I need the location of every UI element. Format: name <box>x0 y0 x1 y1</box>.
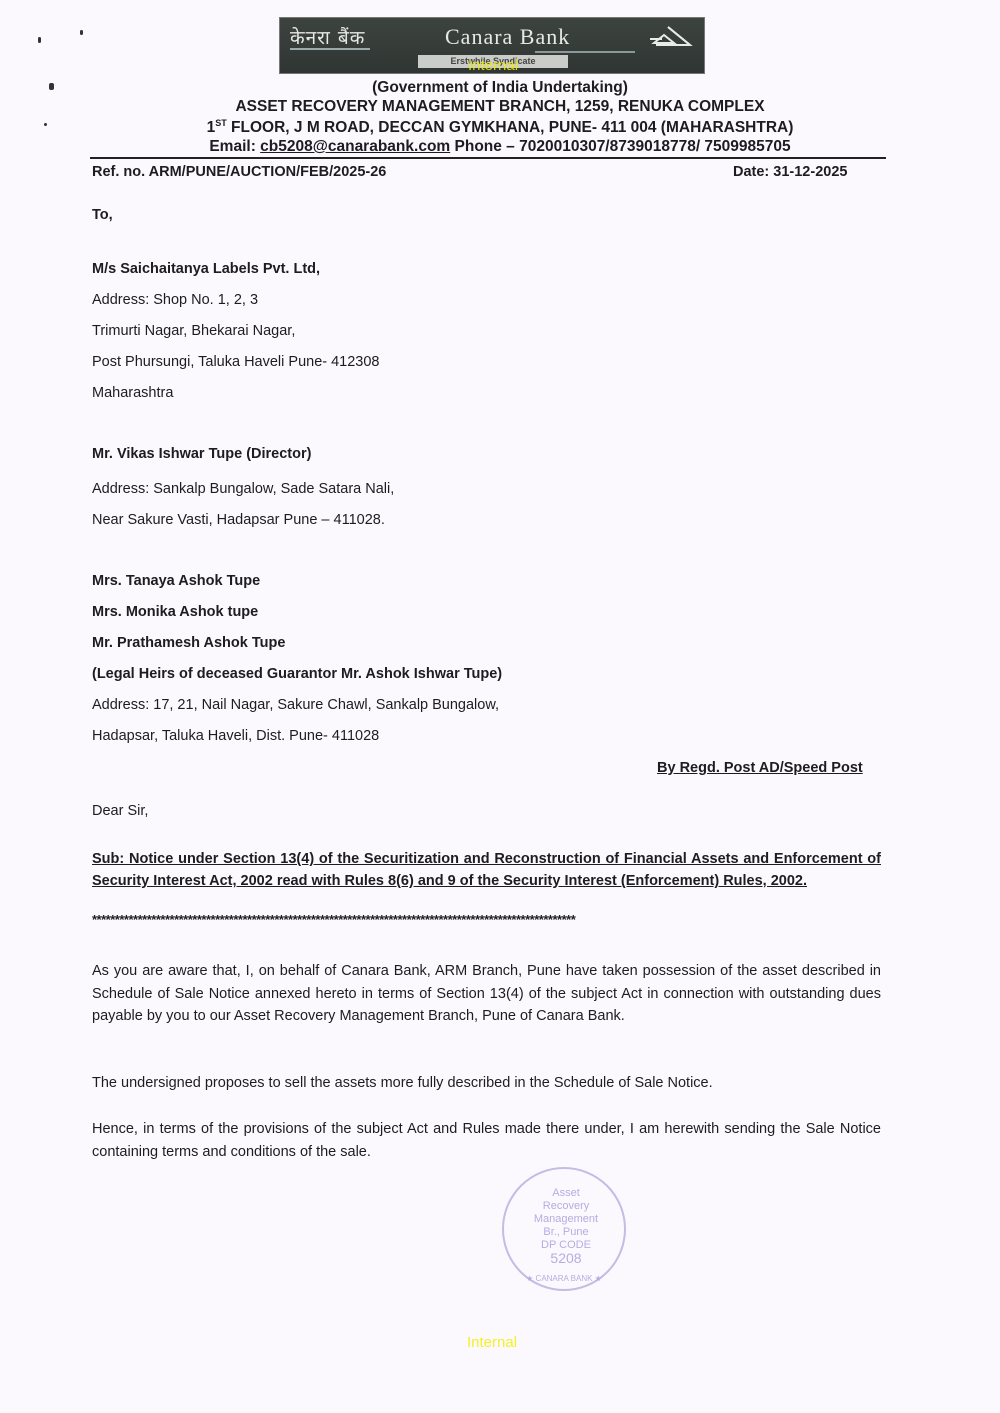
undertaking-line: (Government of India Undertaking) <box>0 79 1000 97</box>
header-divider <box>90 157 886 159</box>
company-name: M/s Saichaitanya Labels Pvt. Ltd, <box>92 261 320 277</box>
bank-name-hindi: केनरा बैंक <box>290 24 365 50</box>
heirs-address-line: Hadapsar, Taluka Haveli, Dist. Pune- 411… <box>92 728 379 744</box>
director-address-line: Near Sakure Vasti, Hadapsar Pune – 41102… <box>92 512 385 528</box>
canara-triangle-logo-icon <box>648 23 694 49</box>
email-link[interactable]: cb5208@canarabank.com <box>260 138 450 155</box>
heir-name: Mrs. Tanaya Ashok Tupe <box>92 573 260 589</box>
watermark-bottom: Internal <box>467 1334 517 1351</box>
address-rest: FLOOR, J M ROAD, DECCAN GYMKHANA, PUNE- … <box>227 119 794 136</box>
heir-name: Mrs. Monika Ashok tupe <box>92 604 258 620</box>
reference-number: Ref. no. ARM/PUNE/AUCTION/FEB/2025-26 <box>92 164 386 180</box>
watermark-top: Internal <box>468 57 518 74</box>
email-label: Email: <box>209 138 260 155</box>
english-tagline <box>535 51 635 53</box>
phone-numbers: Phone – 7020010307/8739018778/ 750998570… <box>450 138 790 155</box>
stamp-code: 5208 <box>528 1252 604 1265</box>
contact-line: Email: cb5208@canarabank.com Phone – 702… <box>0 138 1000 156</box>
company-address-line: Address: Shop No. 1, 2, 3 <box>92 292 258 308</box>
company-address-line: Post Phursungi, Taluka Haveli Pune- 4123… <box>92 354 380 370</box>
branch-line: ASSET RECOVERY MANAGEMENT BRANCH, 1259, … <box>0 98 1000 116</box>
hindi-tagline <box>290 48 370 50</box>
bank-name-english: Canara Bank <box>445 24 570 50</box>
body-paragraph: The undersigned proposes to sell the ass… <box>92 1072 881 1095</box>
body-paragraph: As you are aware that, I, on behalf of C… <box>92 960 881 1028</box>
heirs-address-line: Address: 17, 21, Nail Nagar, Sakure Chaw… <box>92 697 499 713</box>
to-label: To, <box>92 207 113 223</box>
company-address-line: Maharashtra <box>92 385 173 401</box>
director-address-line: Address: Sankalp Bungalow, Sade Satara N… <box>92 481 394 497</box>
separator-line: ****************************************… <box>92 912 881 927</box>
branch-stamp: Asset Recovery Management Br., Pune DP C… <box>502 1167 626 1291</box>
heir-name: Mr. Prathamesh Ashok Tupe <box>92 635 285 651</box>
stamp-line: Asset <box>528 1187 604 1200</box>
body-paragraph: Hence, in terms of the provisions of the… <box>92 1118 881 1163</box>
delivery-mode: By Regd. Post AD/Speed Post <box>657 760 863 776</box>
floor-superscript: ST <box>215 118 227 128</box>
salutation: Dear Sir, <box>92 803 148 819</box>
company-address-line: Trimurti Nagar, Bhekarai Nagar, <box>92 323 295 339</box>
subject-line: Sub: Notice under Section 13(4) of the S… <box>92 848 881 892</box>
address-line: 1ST FLOOR, J M ROAD, DECCAN GYMKHANA, PU… <box>0 118 1000 137</box>
stamp-line: Br., Pune <box>528 1226 604 1239</box>
stamp-text: Asset Recovery Management Br., Pune DP C… <box>528 1187 604 1265</box>
floor-number: 1 <box>207 119 216 136</box>
stamp-line: Recovery <box>528 1200 604 1213</box>
stamp-ring-text: ★ CANARA BANK ★ <box>504 1274 624 1283</box>
stamp-line: Management <box>528 1213 604 1226</box>
letter-date: Date: 31-12-2025 <box>733 164 847 180</box>
director-name: Mr. Vikas Ishwar Tupe (Director) <box>92 446 311 462</box>
heirs-note: (Legal Heirs of deceased Guarantor Mr. A… <box>92 666 502 682</box>
